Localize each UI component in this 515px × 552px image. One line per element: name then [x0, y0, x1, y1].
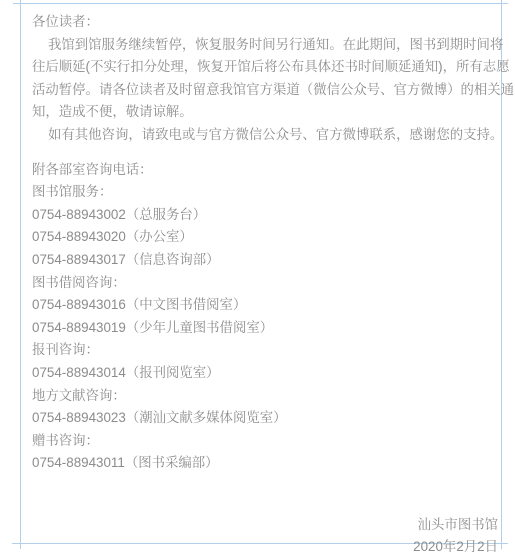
contact-entry: 0754-88943023（潮汕文献多媒体阅览室） [32, 407, 498, 430]
contact-entry: 0754-88943016（中文图书借阅室） [32, 294, 498, 317]
contact-entry: 0754-88943011（图书采编部） [32, 452, 498, 475]
notice-paragraph-line: 知，造成不便，敬请谅解。 [32, 101, 498, 124]
contact-group-label: 图书馆服务： [32, 181, 498, 204]
contact-entry: 0754-88943002（总服务台） [32, 204, 498, 227]
sheet-border-top [13, 3, 508, 4]
contact-entry: 0754-88943020（办公室） [32, 226, 498, 249]
notice-paragraph-line: 我馆到馆服务继续暂停，恢复服务时间另行通知。在此期间，图书到期时间将 [32, 34, 498, 57]
notice-paragraph-line: 如有其他咨询，请致电或与官方微信公众号、官方微博联系，感谢您的支持。 [32, 124, 498, 147]
notice-body: 各位读者： 我馆到馆服务继续暂停，恢复服务时间另行通知。在此期间，图书到期时间将… [32, 11, 498, 552]
contact-group-label: 报刊咨询： [32, 339, 498, 362]
contact-entry: 0754-88943014（报刊阅览室） [32, 362, 498, 385]
contact-entry: 0754-88943019（少年儿童图书借阅室） [32, 317, 498, 340]
signature-date: 2020年2月2日 [32, 536, 498, 552]
signature-gap [32, 475, 498, 514]
signature-org: 汕头市图书馆 [32, 514, 498, 537]
notice-paragraph-line: 活动暂停。请各位读者及时留意我馆官方渠道（微信公众号、官方微博）的相关通 [32, 79, 498, 102]
contact-entry: 0754-88943017（信息咨询部） [32, 249, 498, 272]
section-gap [32, 147, 498, 159]
notice-page: 各位读者： 我馆到馆服务继续暂停，恢复服务时间另行通知。在此期间，图书到期时间将… [0, 0, 515, 552]
contact-group-label: 赠书咨询： [32, 430, 498, 453]
contact-group-label: 图书借阅咨询： [32, 272, 498, 295]
sheet-border-left [20, 0, 21, 549]
contacts-heading: 附各部室咨询电话： [32, 159, 498, 182]
salutation-line: 各位读者： [32, 11, 498, 34]
notice-paragraph-line: 往后顺延(不实行扣分处理，恢复开馆后将公布具体还书时间顺延通知)，所有志愿 [32, 56, 498, 79]
contact-group-label: 地方文献咨询： [32, 385, 498, 408]
